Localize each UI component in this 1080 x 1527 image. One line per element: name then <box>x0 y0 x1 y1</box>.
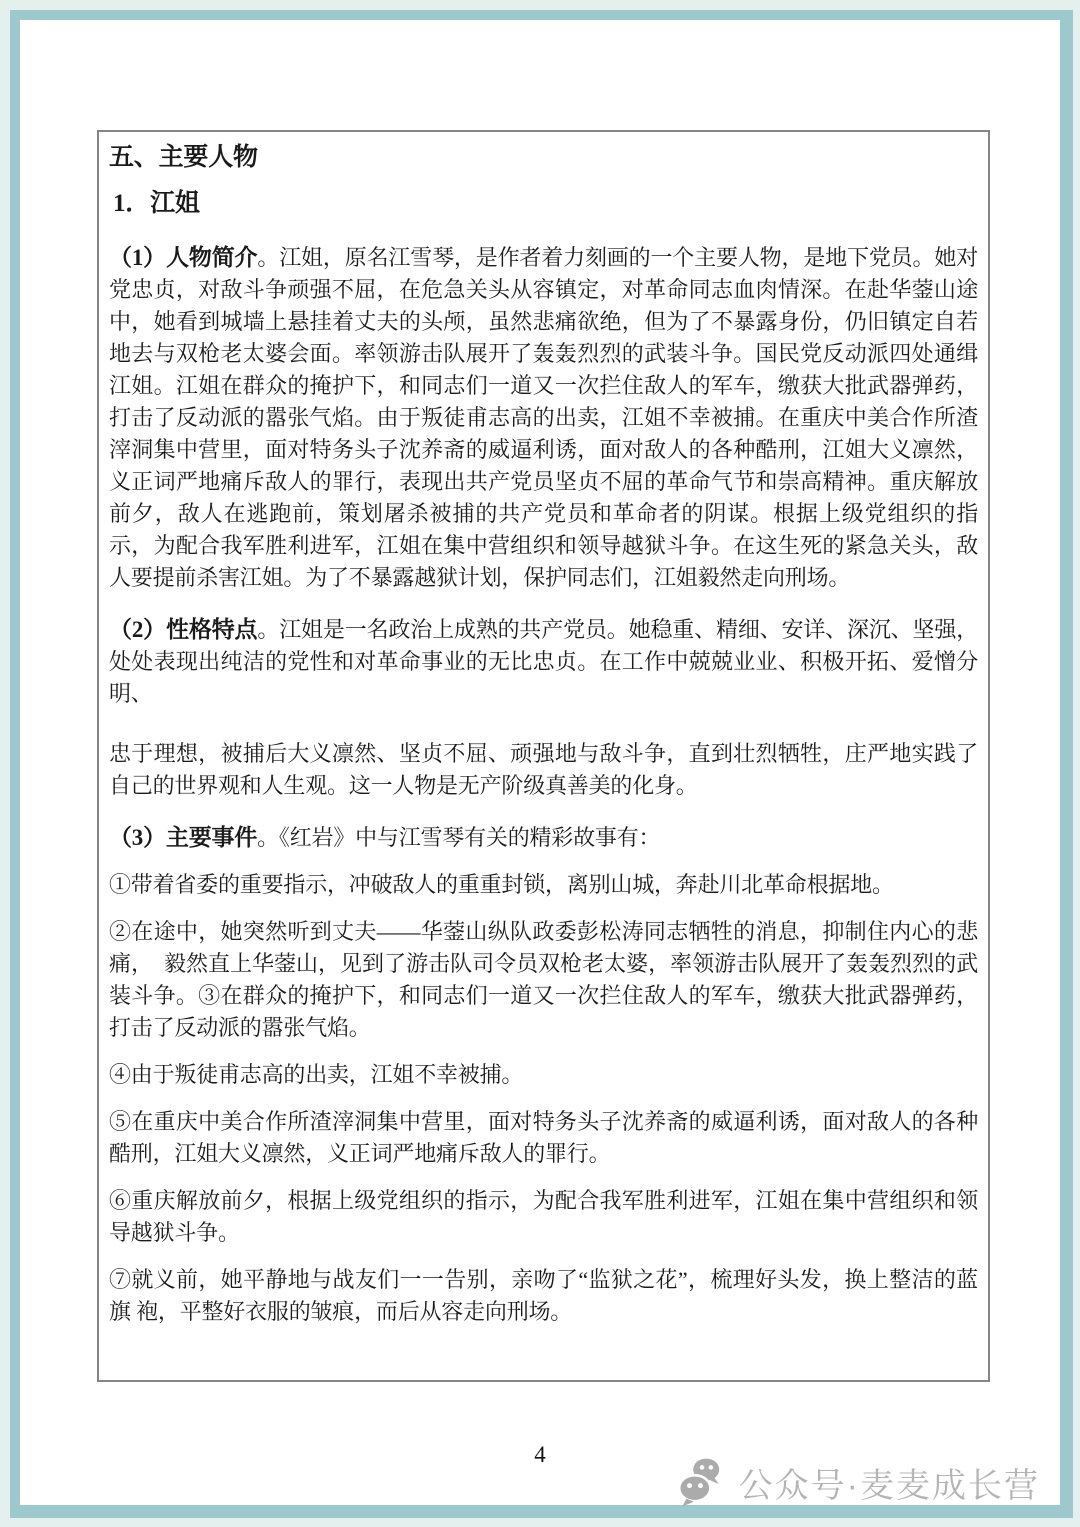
paragraph-1-heading: 人物简介 <box>166 245 257 270</box>
paragraph-3-label: （3） <box>109 825 166 850</box>
paragraph-3-heading: 主要事件 <box>166 825 257 850</box>
paragraph-2-continued-body: 忠于理想，被捕后大义凛然、坚贞不屈、顽强地与敌斗争，直到壮烈牺牲，庄严地实践了自… <box>109 741 978 798</box>
wechat-icon <box>675 1456 727 1508</box>
paragraph-main-events: （3）主要事件。《红岩》中与江雪琴有关的精彩故事有： <box>109 822 978 854</box>
watermark-text: 公众号·麦麦成长营 <box>739 1458 1040 1507</box>
paragraph-2-heading: 性格特点 <box>166 617 257 642</box>
watermark: 公众号·麦麦成长营 <box>675 1456 1040 1508</box>
event-item-1: ①带着省委的重要指示，冲破敌人的重重封锁，离别山城，奔赴川北革命根据地。 <box>109 869 978 901</box>
event-item-4: ④由于叛徒甫志高的出卖，江姐不幸被捕。 <box>109 1059 978 1091</box>
event-item-2-3: ②在途中，她突然听到丈夫——华蓥山纵队政委彭松涛同志牺牲的消息，抑制住内心的悲痛… <box>109 916 978 1044</box>
paragraph-character-profile: （1）人物简介。江姐，原名江雪琴，是作者着力刻画的一个主要人物，是地下党员。她对… <box>109 242 978 594</box>
content-box: 五、主要人物 1．江姐 （1）人物简介。江姐，原名江雪琴，是作者着力刻画的一个主… <box>97 130 990 1382</box>
section-title: 五、主要人物 <box>109 140 978 176</box>
event-item-7: ⑦就义前，她平静地与战友们一一告别，亲吻了“监狱之花”，梳理好头发，换上整洁的蓝… <box>109 1264 978 1328</box>
event-item-6: ⑥重庆解放前夕，根据上级党组织的指示，为配合我军胜利进军，江姐在集中营组织和领导… <box>109 1185 978 1249</box>
event-item-5: ⑤在重庆中美合作所渣滓洞集中营里，面对特务头子沈养斋的威逼利诱，面对敌人的各种酷… <box>109 1106 978 1170</box>
paragraph-1-body: 。江姐，原名江雪琴，是作者着力刻画的一个主要人物，是地下党员。她对党忠贞，对敌斗… <box>109 245 978 590</box>
paragraph-personality: （2）性格特点。江姐是一名政治上成熟的共产党员。她稳重、精细、安详、深沉、坚强，… <box>109 614 978 710</box>
paragraph-2-label: （2） <box>109 617 166 642</box>
paragraph-1-label: （1） <box>109 245 166 270</box>
subsection-title: 1．江姐 <box>113 186 978 222</box>
paragraph-3-body: 。《红岩》中与江雪琴有关的精彩故事有： <box>257 825 660 850</box>
paragraph-personality-continued: 忠于理想，被捕后大义凛然、坚贞不屈、顽强地与敌斗争，直到壮烈牺牲，庄严地实践了自… <box>109 738 978 802</box>
scan-background: { "colors": { "frame_band": "#9dc9ce", "… <box>0 0 1080 1527</box>
